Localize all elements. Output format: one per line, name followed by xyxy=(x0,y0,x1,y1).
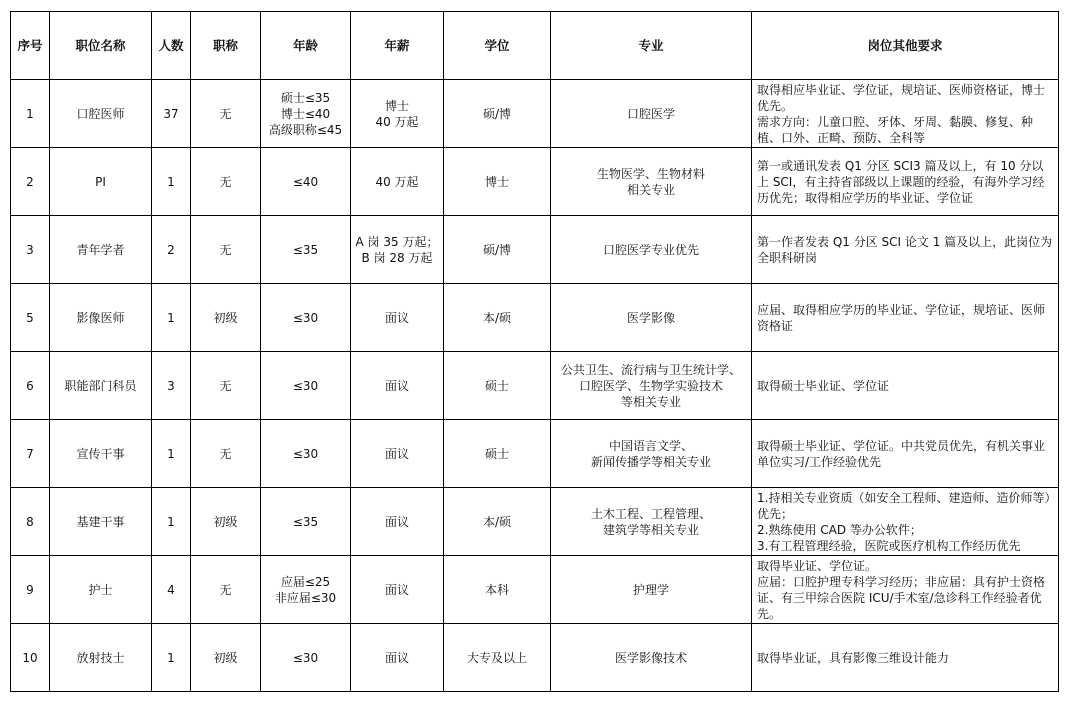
cell-no: 2 xyxy=(11,148,50,216)
cell-salary: 面议 xyxy=(351,352,444,420)
cell-major: 生物医学、生物材料 相关专业 xyxy=(551,148,752,216)
cell-degree: 本科 xyxy=(444,556,551,624)
cell-salary: 面议 xyxy=(351,284,444,352)
cell-title: 无 xyxy=(191,556,261,624)
cell-age: ≤30 xyxy=(261,624,351,692)
cell-count: 1 xyxy=(152,148,191,216)
recruitment-table: 序号 职位名称 人数 职称 年龄 年薪 学位 专业 岗位其他要求 1 口腔医师 … xyxy=(10,11,1059,692)
cell-title: 无 xyxy=(191,216,261,284)
cell-no: 5 xyxy=(11,284,50,352)
cell-requirements: 取得相应毕业证、学位证，规培证、医师资格证，博士优先。 需求方向：儿童口腔、牙体… xyxy=(752,80,1059,148)
header-salary: 年薪 xyxy=(351,12,444,80)
cell-degree: 硕/博 xyxy=(444,80,551,148)
cell-count: 1 xyxy=(152,624,191,692)
cell-no: 3 xyxy=(11,216,50,284)
cell-salary: 面议 xyxy=(351,556,444,624)
table-row: 3 青年学者 2 无 ≤35 A 岗 35 万起； B 岗 28 万起 硕/博 … xyxy=(11,216,1059,284)
header-major: 专业 xyxy=(551,12,752,80)
cell-position: 基建干事 xyxy=(50,488,152,556)
header-requirements: 岗位其他要求 xyxy=(752,12,1059,80)
header-title: 职称 xyxy=(191,12,261,80)
cell-age: ≤35 xyxy=(261,488,351,556)
cell-degree: 硕/博 xyxy=(444,216,551,284)
header-count: 人数 xyxy=(152,12,191,80)
cell-position: 影像医师 xyxy=(50,284,152,352)
cell-salary: A 岗 35 万起； B 岗 28 万起 xyxy=(351,216,444,284)
cell-count: 1 xyxy=(152,284,191,352)
cell-position: 护士 xyxy=(50,556,152,624)
cell-salary: 40 万起 xyxy=(351,148,444,216)
cell-count: 1 xyxy=(152,488,191,556)
cell-requirements: 取得硕士毕业证、学位证。中共党员优先，有机关事业单位实习/工作经验优先 xyxy=(752,420,1059,488)
cell-title: 无 xyxy=(191,148,261,216)
cell-count: 4 xyxy=(152,556,191,624)
cell-count: 3 xyxy=(152,352,191,420)
cell-requirements: 取得毕业证，具有影像三维设计能力 xyxy=(752,624,1059,692)
cell-age: ≤30 xyxy=(261,420,351,488)
cell-major: 公共卫生、流行病与卫生统计学、 口腔医学、生物学实验技术 等相关专业 xyxy=(551,352,752,420)
cell-major: 护理学 xyxy=(551,556,752,624)
cell-age: ≤30 xyxy=(261,352,351,420)
table-row: 8 基建干事 1 初级 ≤35 面议 本/硕 土木工程、工程管理、 建筑学等相关… xyxy=(11,488,1059,556)
cell-age: ≤30 xyxy=(261,284,351,352)
cell-position: 职能部门科员 xyxy=(50,352,152,420)
table-row: 2 PI 1 无 ≤40 40 万起 博士 生物医学、生物材料 相关专业 第一或… xyxy=(11,148,1059,216)
cell-requirements: 第一或通讯发表 Q1 分区 SCI3 篇及以上，有 10 分以上 SCI，有主持… xyxy=(752,148,1059,216)
cell-major: 医学影像 xyxy=(551,284,752,352)
cell-degree: 博士 xyxy=(444,148,551,216)
header-row: 序号 职位名称 人数 职称 年龄 年薪 学位 专业 岗位其他要求 xyxy=(11,12,1059,80)
table-row: 10 放射技士 1 初级 ≤30 面议 大专及以上 医学影像技术 取得毕业证，具… xyxy=(11,624,1059,692)
cell-degree: 硕士 xyxy=(444,420,551,488)
cell-major: 医学影像技术 xyxy=(551,624,752,692)
cell-degree: 本/硕 xyxy=(444,488,551,556)
cell-no: 10 xyxy=(11,624,50,692)
cell-age: ≤40 xyxy=(261,148,351,216)
cell-major: 口腔医学专业优先 xyxy=(551,216,752,284)
cell-title: 无 xyxy=(191,420,261,488)
cell-count: 1 xyxy=(152,420,191,488)
cell-position: 宣传干事 xyxy=(50,420,152,488)
cell-count: 2 xyxy=(152,216,191,284)
table-row: 5 影像医师 1 初级 ≤30 面议 本/硕 医学影像 应届、取得相应学历的毕业… xyxy=(11,284,1059,352)
cell-title: 无 xyxy=(191,352,261,420)
cell-no: 8 xyxy=(11,488,50,556)
cell-requirements: 取得毕业证、学位证。 应届：口腔护理专科学习经历；非应届：具有护士资格证、有三甲… xyxy=(752,556,1059,624)
cell-degree: 硕士 xyxy=(444,352,551,420)
cell-requirements: 取得硕士毕业证、学位证 xyxy=(752,352,1059,420)
cell-salary: 面议 xyxy=(351,624,444,692)
header-position: 职位名称 xyxy=(50,12,152,80)
cell-title: 初级 xyxy=(191,488,261,556)
cell-salary: 面议 xyxy=(351,420,444,488)
table-row: 1 口腔医师 37 无 硕士≤35 博士≤40 高级职称≤45 博士 40 万起… xyxy=(11,80,1059,148)
cell-degree: 大专及以上 xyxy=(444,624,551,692)
table-row: 6 职能部门科员 3 无 ≤30 面议 硕士 公共卫生、流行病与卫生统计学、 口… xyxy=(11,352,1059,420)
cell-position: 口腔医师 xyxy=(50,80,152,148)
cell-no: 9 xyxy=(11,556,50,624)
cell-salary: 面议 xyxy=(351,488,444,556)
cell-requirements: 1.持相关专业资质（如安全工程师、建造师、造价师等）优先； 2.熟练使用 CAD… xyxy=(752,488,1059,556)
header-degree: 学位 xyxy=(444,12,551,80)
cell-title: 初级 xyxy=(191,624,261,692)
cell-major: 土木工程、工程管理、 建筑学等相关专业 xyxy=(551,488,752,556)
table-row: 9 护士 4 无 应届≤25 非应届≤30 面议 本科 护理学 取得毕业证、学位… xyxy=(11,556,1059,624)
cell-count: 37 xyxy=(152,80,191,148)
cell-major: 中国语言文学、 新闻传播学等相关专业 xyxy=(551,420,752,488)
cell-position: 放射技士 xyxy=(50,624,152,692)
cell-no: 1 xyxy=(11,80,50,148)
cell-requirements: 第一作者发表 Q1 分区 SCI 论文 1 篇及以上，此岗位为全职科研岗 xyxy=(752,216,1059,284)
cell-age: ≤35 xyxy=(261,216,351,284)
cell-no: 6 xyxy=(11,352,50,420)
header-no: 序号 xyxy=(11,12,50,80)
cell-position: PI xyxy=(50,148,152,216)
cell-major: 口腔医学 xyxy=(551,80,752,148)
cell-age: 应届≤25 非应届≤30 xyxy=(261,556,351,624)
cell-salary: 博士 40 万起 xyxy=(351,80,444,148)
table-row: 7 宣传干事 1 无 ≤30 面议 硕士 中国语言文学、 新闻传播学等相关专业 … xyxy=(11,420,1059,488)
cell-requirements: 应届、取得相应学历的毕业证、学位证，规培证、医师资格证 xyxy=(752,284,1059,352)
cell-position: 青年学者 xyxy=(50,216,152,284)
cell-degree: 本/硕 xyxy=(444,284,551,352)
header-age: 年龄 xyxy=(261,12,351,80)
cell-no: 7 xyxy=(11,420,50,488)
cell-age: 硕士≤35 博士≤40 高级职称≤45 xyxy=(261,80,351,148)
cell-title: 无 xyxy=(191,80,261,148)
cell-title: 初级 xyxy=(191,284,261,352)
